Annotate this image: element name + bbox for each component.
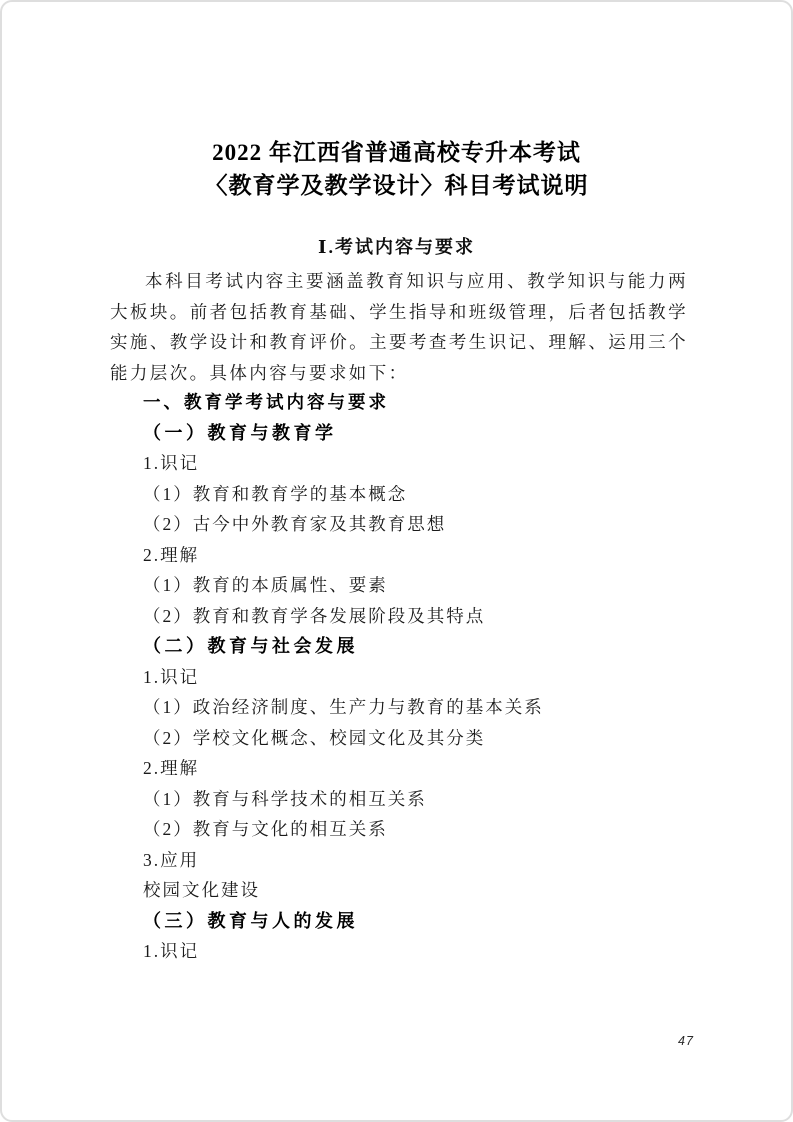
outline-item: 2.理解	[110, 753, 730, 784]
outline-item: （2）教育和教育学各发展阶段及其特点	[110, 601, 730, 632]
outline-item: （1）教育的本质属性、要素	[110, 570, 730, 601]
intro-paragraph: 本科目考试内容主要涵盖教育知识与应用、教学知识与能力两大板块。前者包括教育基础、…	[110, 266, 688, 388]
page-number: 47	[678, 1034, 694, 1048]
outline-heading-level2: （二）教育与社会发展	[110, 631, 730, 662]
document-title: 2022 年江西省普通高校专升本考试 〈教育学及教学设计〉科目考试说明	[0, 136, 793, 202]
outline-item: （1）政治经济制度、生产力与教育的基本关系	[110, 692, 730, 723]
outline-item: 1.识记	[110, 662, 730, 693]
outline-item: （2）古今中外教育家及其教育思想	[110, 509, 730, 540]
document-title-line2: 〈教育学及教学设计〉科目考试说明	[0, 169, 793, 202]
document-page: 2022 年江西省普通高校专升本考试 〈教育学及教学设计〉科目考试说明 Ⅰ.考试…	[0, 0, 793, 1122]
outline-item: 1.识记	[110, 448, 730, 479]
outline-heading-level2: （三）教育与人的发展	[110, 906, 730, 937]
outline-item: （2）学校文化概念、校园文化及其分类	[110, 723, 730, 754]
outline: 一、教育学考试内容与要求（一）教育与教育学1.识记（1）教育和教育学的基本概念（…	[110, 387, 730, 967]
outline-item: （2）教育与文化的相互关系	[110, 814, 730, 845]
outline-item: （1）教育和教育学的基本概念	[110, 479, 730, 510]
outline-heading-level2: （一）教育与教育学	[110, 418, 730, 449]
outline-heading-level1: 一、教育学考试内容与要求	[110, 387, 730, 418]
document-title-line1: 2022 年江西省普通高校专升本考试	[0, 136, 793, 169]
outline-item: 1.识记	[110, 936, 730, 967]
outline-item: 3.应用	[110, 845, 730, 876]
outline-item: 校园文化建设	[110, 875, 730, 906]
outline-item: 2.理解	[110, 540, 730, 571]
outline-item: （1）教育与科学技术的相互关系	[110, 784, 730, 815]
section-heading: Ⅰ.考试内容与要求	[0, 233, 793, 259]
